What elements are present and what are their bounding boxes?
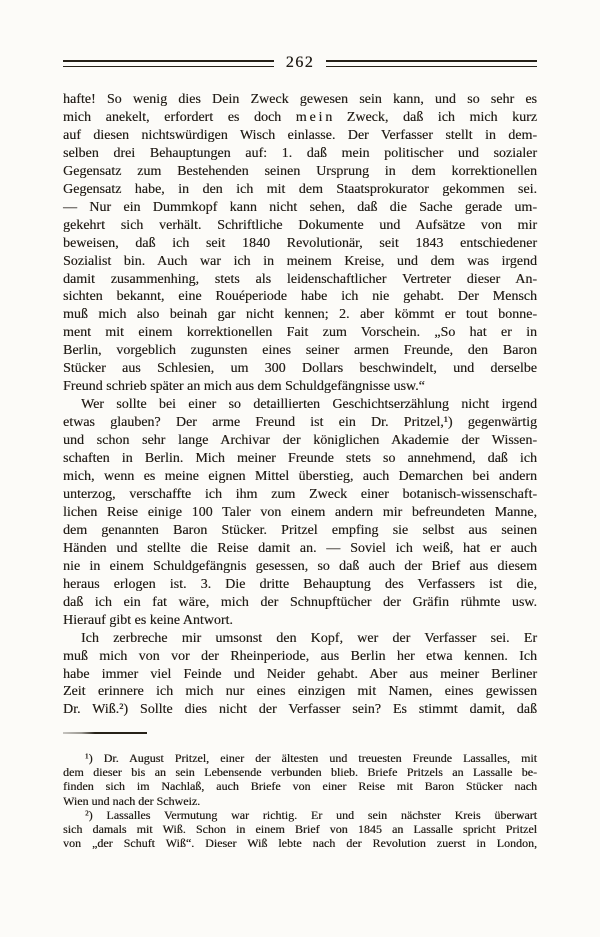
text-line: selben drei Behauptungen auf: 1. daß mei… [63, 145, 537, 163]
footnotes-section: ¹) Dr. August Pritzel, einer der älteste… [63, 751, 537, 850]
running-head: 262 [63, 54, 537, 72]
text-line: — Nur ein Dummkopf kann nicht sehen, daß… [63, 199, 537, 217]
text-line: Ich zerbreche mir umsonst den Kopf, wer … [63, 630, 537, 648]
footnote-line: Wien und nach der Schweiz. [63, 794, 537, 808]
text-line: lichen Reise einige 100 Taler von einem … [63, 504, 537, 522]
text-line: und schon sehr lange Archivar der königl… [63, 432, 537, 450]
text-line: muß mich von vor der Rheinperiode, aus B… [63, 648, 537, 666]
text-line: ment mit einem korrektionellen Fait zum … [63, 324, 537, 342]
text-line: mich anekelt, erfordert es doch m e i n … [63, 109, 537, 127]
text-line: muß mich also beinah gar nicht kennen; 2… [63, 306, 537, 324]
text-line: Gegensatz habe, in den ich mit dem Staat… [63, 181, 537, 199]
text-line: schaften in Berlin. Mich meiner Freunde … [63, 450, 537, 468]
footnote-line: sich damals mit Wiß. Schon in einem Brie… [63, 822, 537, 836]
text-line: damit zusammenhing, stets als leidenscha… [63, 271, 537, 289]
header-rule-left [63, 60, 274, 67]
text-line: gekehrt sich verhält. Schriftliche Dokum… [63, 217, 537, 235]
page-number: 262 [284, 55, 317, 71]
text-line: unterzog, verschaffte ich ihm zum Zweck … [63, 486, 537, 504]
text-line: Hierauf gibt es keine Antwort. [63, 612, 537, 630]
text-line: mich, wenn es meine eignen Mittel überst… [63, 468, 537, 486]
footnote-line: von „der Schuft Wiß“. Dieser Wiß lebte n… [63, 836, 537, 850]
footnote-line: dem dieser bis an sein Lebensende verbun… [63, 765, 537, 779]
footnote-line: ¹) Dr. August Pritzel, einer der älteste… [63, 751, 537, 765]
text-line: nie in einem Schuldgefängnis gesessen, s… [63, 558, 537, 576]
text-line: hafte! So wenig dies Dein Zweck gewesen … [63, 91, 537, 109]
text-line: beweisen, daß ich seit 1840 Revolutionär… [63, 235, 537, 253]
page-body-text: hafte! So wenig dies Dein Zweck gewesen … [63, 91, 537, 719]
footnote-line: ²) Lassalles Vermutung war richtig. Er u… [63, 808, 537, 822]
text-line: sichten bekannt, eine Rouéperiode habe i… [63, 288, 537, 306]
text-line: Berlin, vorgeblich zugunsten eines seine… [63, 342, 537, 360]
book-page: 262 hafte! So wenig dies Dein Zweck gewe… [0, 0, 600, 937]
text-line: auf diesen nichtswürdigen Wisch einlasse… [63, 127, 537, 145]
text-line: heraus erlogen ist. 3. Die dritte Behaup… [63, 576, 537, 594]
text-line: Sozialist bin. Auch war ich in meinem Kr… [63, 253, 537, 271]
footnote-line: finden sich im Nachlaß, auch Briefe von … [63, 779, 537, 793]
text-line: Zeit erinnere ich mich nur eines einzige… [63, 683, 537, 701]
text-line: Dr. Wiß.²) Sollte dies nicht der Verfass… [63, 701, 537, 719]
footnote-divider [63, 732, 147, 734]
text-line: Stücker aus Schlesien, um 300 Dollars be… [63, 360, 537, 378]
text-line: Händen und stellte die Reise damit an. —… [63, 540, 537, 558]
text-line: habe immer viel Feinde und Neider gehabt… [63, 666, 537, 684]
text-line: etwas glauben? Der arme Freund ist ein D… [63, 414, 537, 432]
text-line: Wer sollte bei einer so detaillierten Ge… [63, 396, 537, 414]
text-line: Gegensatz zum Bestehenden seinen Ursprun… [63, 163, 537, 181]
header-rule-right [326, 60, 537, 67]
text-line: dem genannten Baron Stücker. Pritzel emp… [63, 522, 537, 540]
text-line: daß ich ein fat wäre, mich der Schnupftü… [63, 594, 537, 612]
text-line: Freund schrieb später an mich aus dem Sc… [63, 378, 537, 396]
